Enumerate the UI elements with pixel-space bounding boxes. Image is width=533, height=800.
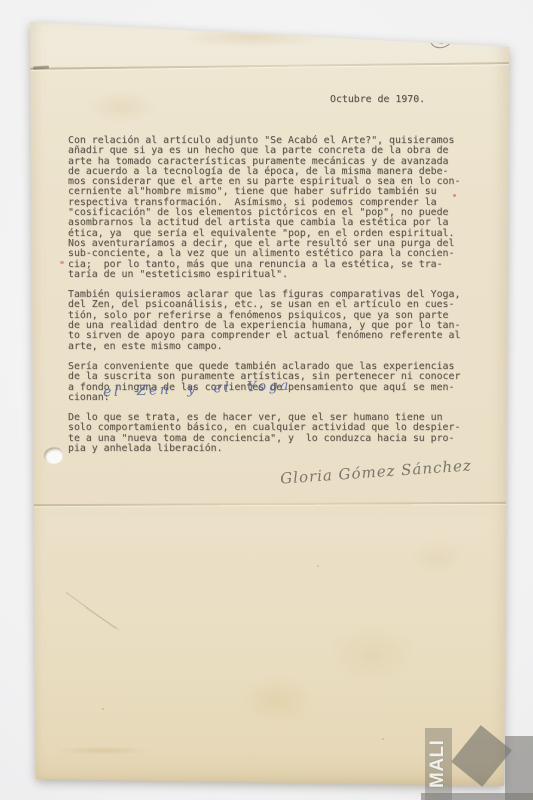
paper-speck — [382, 738, 384, 740]
letter-body: Con relación al artículo adjunto "Se Aca… — [68, 136, 488, 464]
scratch-mark — [85, 607, 119, 630]
paragraph-1: Con relación al artículo adjunto "Se Aca… — [68, 136, 488, 280]
page-number-mark: 1 — [428, 27, 455, 51]
fold-line-middle — [27, 502, 511, 507]
paper-document: 1 Octubre de 1970. Con relación al artíc… — [27, 20, 511, 788]
red-pencil-speck — [60, 261, 64, 264]
paper-stain — [177, 26, 327, 48]
paper-speck — [102, 708, 104, 710]
watermark-text: MALI — [425, 728, 452, 800]
watermark-wordmark-bar: MALI — [425, 728, 452, 800]
watermark-corner-block — [505, 736, 533, 800]
photo-background: 1 Octubre de 1970. Con relación al artíc… — [0, 0, 533, 800]
paragraph-4: De lo que se trata, es de hacer ver, que… — [68, 413, 488, 454]
paper-stain — [407, 540, 467, 576]
watermark-diagonal-shape — [451, 725, 512, 787]
fold-line-top — [27, 62, 511, 70]
paper-stain — [237, 675, 317, 725]
watermark-bottom-strip — [421, 793, 533, 800]
paper-speck — [317, 565, 319, 567]
paper-hole — [42, 445, 64, 466]
page-number: 1 — [437, 32, 446, 48]
date-line: Octubre de 1970. — [330, 94, 425, 105]
paper-stain — [327, 625, 417, 685]
paper-stain — [55, 746, 150, 755]
pencil-smudge — [33, 66, 49, 70]
mali-watermark: MALI — [400, 712, 533, 800]
paper-sheet: 1 Octubre de 1970. Con relación al artíc… — [27, 20, 511, 788]
paragraph-2: También quisieramos aclarar que las figu… — [68, 290, 488, 352]
paper-stain — [87, 90, 157, 124]
